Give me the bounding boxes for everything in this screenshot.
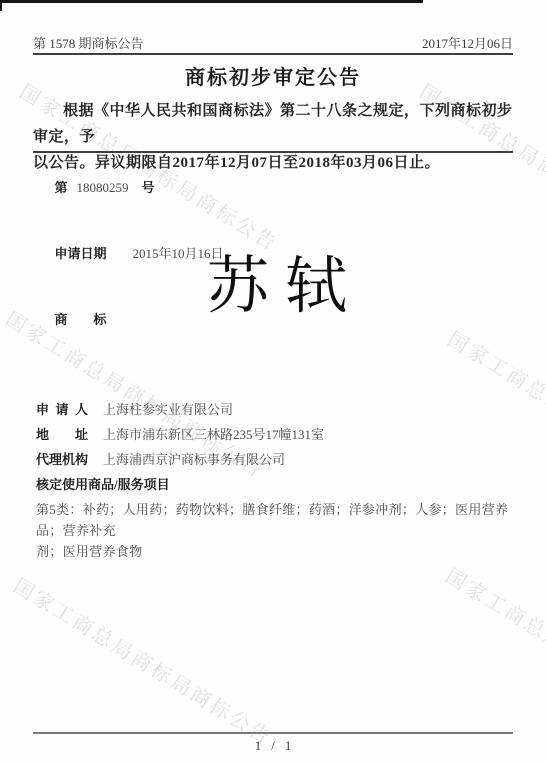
gazette-issue: 第 1578 期商标公告: [33, 33, 144, 52]
watermark: 国家工商总局商标局商标公告: [441, 560, 546, 741]
header-rule: [33, 53, 513, 55]
address-label: 地 址: [36, 427, 103, 442]
registration-number-prefix: 第: [55, 180, 68, 195]
gazette-date: 2017年12月06日: [422, 33, 513, 52]
agent-value: 上海浦西京沪商标事务有限公司: [103, 452, 522, 467]
agent-row: 代理机构 上海浦西京沪商标事务有限公司: [36, 452, 522, 467]
goods-line: 第5类：补药；人用药；药物饮料；膳食纤维；药酒；洋参冲剂；人参；医用营养品；营养…: [36, 499, 522, 541]
page-title: 商标初步审定公告: [0, 61, 546, 90]
page-separator: /: [271, 738, 275, 754]
registration-number: 18080259: [77, 177, 129, 199]
page-number: 1/1: [0, 738, 546, 754]
address-row: 地 址 上海市浦东新区三林路235号17幢131室: [36, 427, 522, 442]
watermark: 国家工商总局商标局商标公告: [9, 570, 279, 751]
gazette-page: 国家工商总局商标局商标公告 国家工商总局商标局商标公告 国家工商总局商标局商标公…: [0, 0, 546, 764]
scan-artifact-top-edge: [0, 0, 423, 3]
registration-number-suffix: 号: [142, 177, 155, 199]
address-value: 上海市浦东新区三林路235号17幢131室: [103, 427, 522, 442]
applicant-details: 申 请 人 上海柱参实业有限公司 地 址 上海市浦东新区三林路235号17幢13…: [36, 402, 522, 562]
current-page: 1: [255, 738, 262, 753]
goods-line: 剂；医用营养食物: [36, 541, 522, 562]
applicant-value: 上海柱参实业有限公司: [103, 402, 522, 417]
page-header: 第 1578 期商标公告 2017年12月06日: [33, 33, 513, 52]
section-rule: [33, 151, 513, 153]
goods-heading: 核定使用商品/服务项目: [36, 477, 522, 492]
trademark-mark: 苏轼: [0, 236, 546, 325]
agent-label: 代理机构: [36, 452, 103, 467]
applicant-label: 申 请 人: [36, 402, 103, 417]
goods-list: 第5类：补药；人用药；药物饮料；膳食纤维；药酒；洋参冲剂；人参；医用营养品；营养…: [36, 499, 522, 562]
scan-artifact-corner: [0, 0, 2, 11]
total-pages: 1: [285, 738, 292, 753]
intro-line: 根据《中华人民共和国商标法》第二十八条之规定，下列商标初步审定，予: [33, 98, 522, 150]
footer-rule: [33, 732, 513, 734]
registration-number-row: 第18080259号: [35, 155, 224, 221]
applicant-row: 申 请 人 上海柱参实业有限公司: [36, 402, 522, 417]
